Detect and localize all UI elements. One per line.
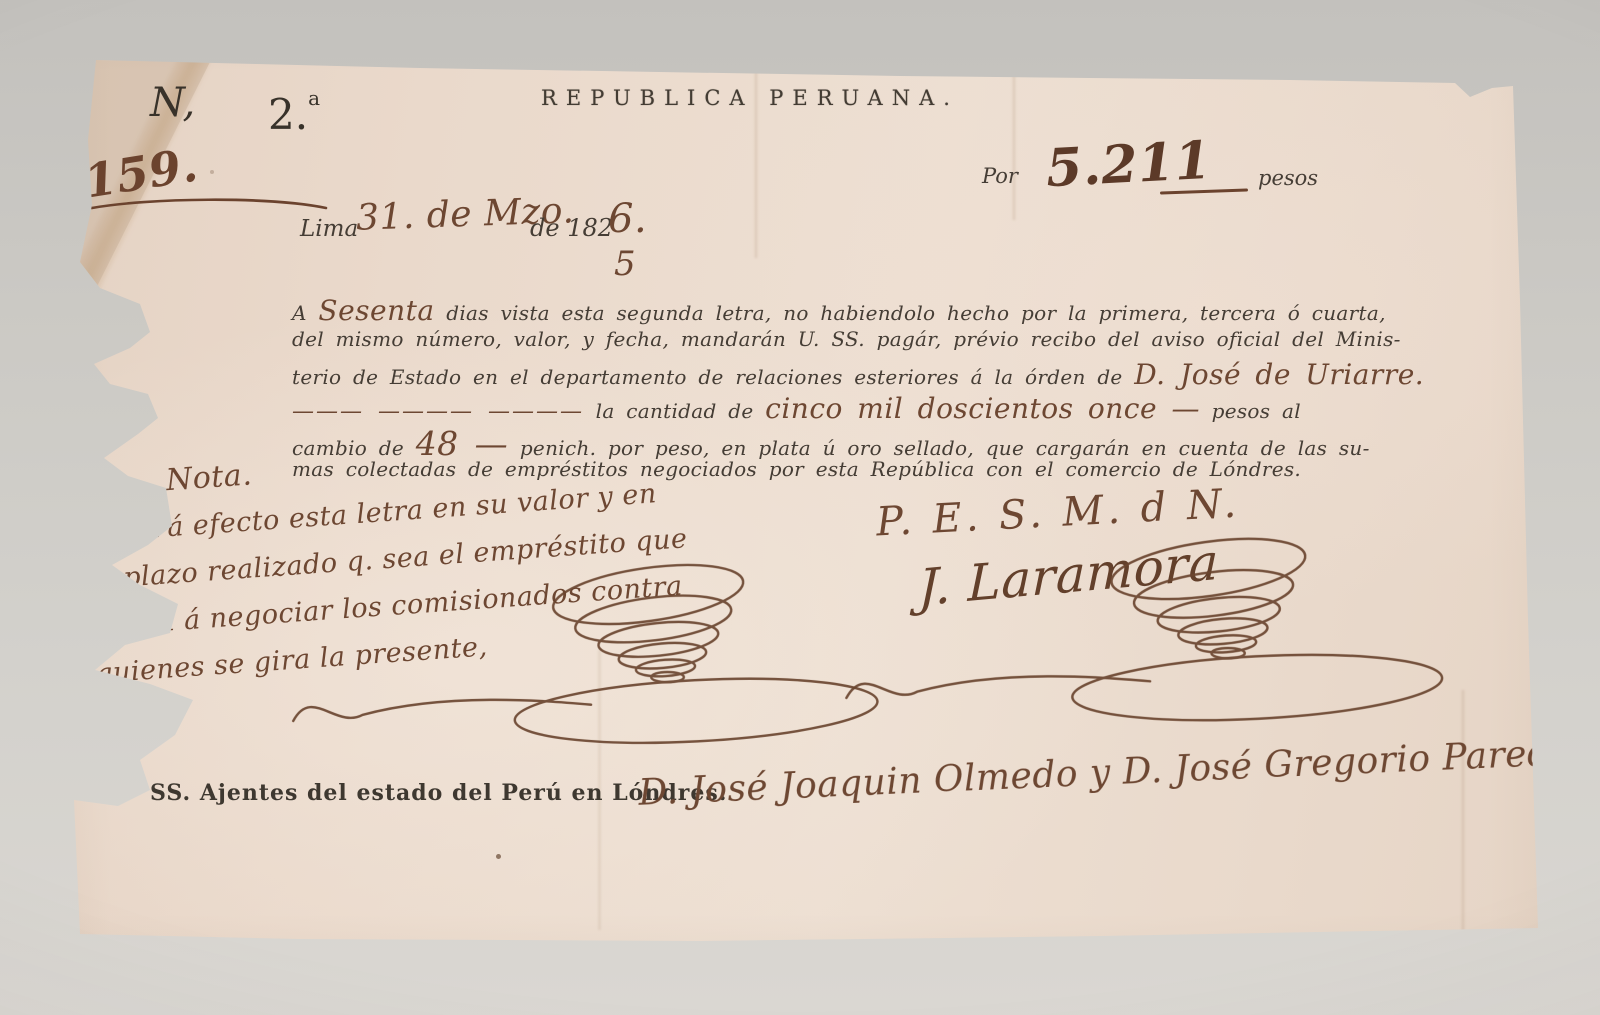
crease-line [1012, 60, 1016, 220]
photo-background: REPUBLICA PERUANA. N, 2.a 159. Por 5.211… [0, 0, 1600, 1015]
body-line: ——— ———— ———— la cantidad de cinco mil d… [292, 392, 1377, 425]
printed-text: pesos al [1200, 399, 1301, 423]
dateline-year-digit: 6. [608, 196, 647, 242]
amount-por-label: Por [982, 164, 1018, 188]
copy-number-value: 2. [268, 90, 308, 139]
copy-number: 2.a [268, 86, 320, 139]
body-line: del mismo número, valor, y fecha, mandar… [292, 327, 1377, 351]
amount-pesos-label: pesos [1258, 166, 1318, 190]
manuscript-text: Sesenta [318, 294, 434, 327]
ink-speck [210, 170, 214, 174]
crease-line [1461, 690, 1465, 935]
printed-text: dias vista esta segunda letra, no habien… [435, 301, 1386, 325]
dateline-correction-digit: 5 [614, 244, 636, 284]
page-title: REPUBLICA PERUANA. [400, 86, 1100, 110]
footer-manuscript-names: D. José Joaquin Olmedo y D. José Gregori… [638, 731, 1593, 814]
manuscript-number: 159. [80, 137, 201, 208]
printed-text: la cantidad de [584, 399, 765, 423]
dateline-year-prefix: de 182 [530, 214, 613, 242]
ink-speck [496, 854, 501, 859]
signature: J. Laramora [918, 533, 1219, 618]
dateline-city: Lima [300, 216, 358, 242]
manuscript-text: D. José de Uriarre. [1134, 358, 1424, 391]
body-line: terio de Estado en el departamento de re… [292, 358, 1377, 391]
manuscript-nota-block: Nota. Tendrá efecto esta letra en su val… [81, 421, 696, 697]
copy-number-superscript: a [308, 86, 320, 110]
body-line: A Sesenta dias vista esta segunda letra,… [292, 294, 1377, 327]
amount-value: 5.211 [1045, 130, 1213, 200]
printed-text: del mismo número, valor, y fecha, mandar… [292, 327, 1401, 351]
document-paper: REPUBLICA PERUANA. N, 2.a 159. Por 5.211… [0, 0, 1600, 1015]
manuscript-dashes: ——— ———— ———— [292, 399, 584, 424]
printed-text: terio de Estado en el departamento de re… [292, 365, 1134, 389]
printed-text: A [292, 301, 318, 325]
manuscript-text: cinco mil doscientos once — [765, 392, 1200, 425]
series-n-label: N, [150, 80, 195, 126]
